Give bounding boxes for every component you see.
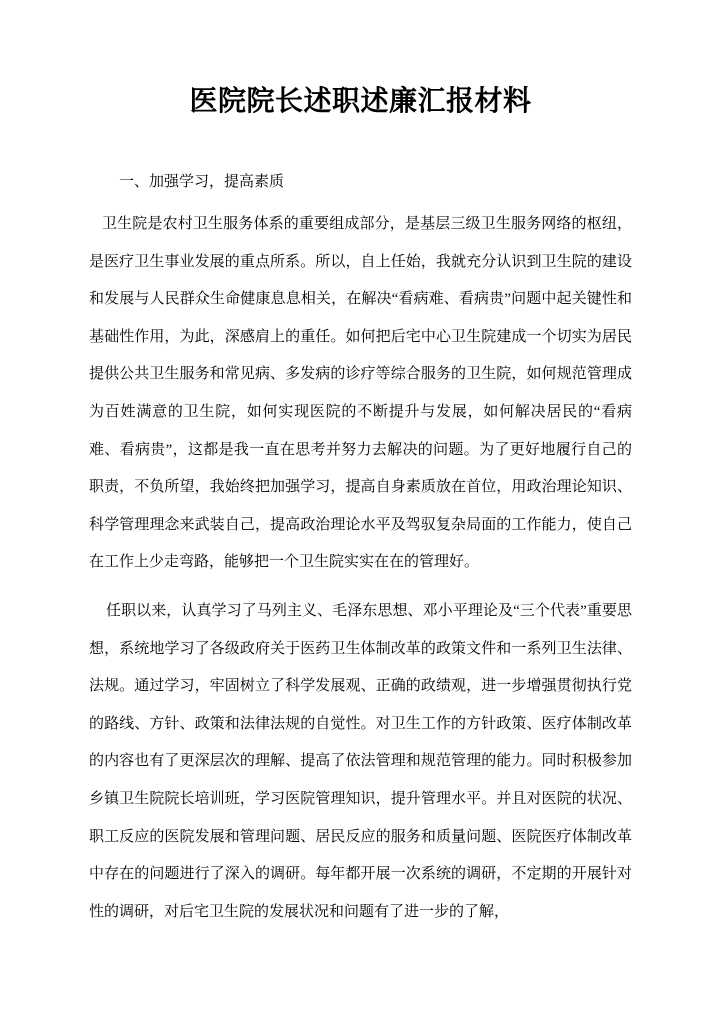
document-page: 医院院长述职述廉汇报材料 一、加强学习，提高素质 卫生院是农村卫生服务体系的重要… (0, 0, 721, 1020)
paragraph-1: 卫生院是农村卫生服务体系的重要组成部分，是基层三级卫生服务网络的枢纽，是医疗卫生… (89, 206, 632, 582)
document-content-area: 医院院长述职述廉汇报材料 一、加强学习，提高素质 卫生院是农村卫生服务体系的重要… (89, 0, 632, 931)
paragraph-2: 任职以来，认真学习了马列主义、毛泽东思想、邓小平理论及“三个代表”重要思想，系统… (89, 593, 632, 931)
section-heading: 一、加强学习，提高素质 (89, 163, 632, 201)
document-title: 医院院长述职述廉汇报材料 (89, 0, 632, 118)
